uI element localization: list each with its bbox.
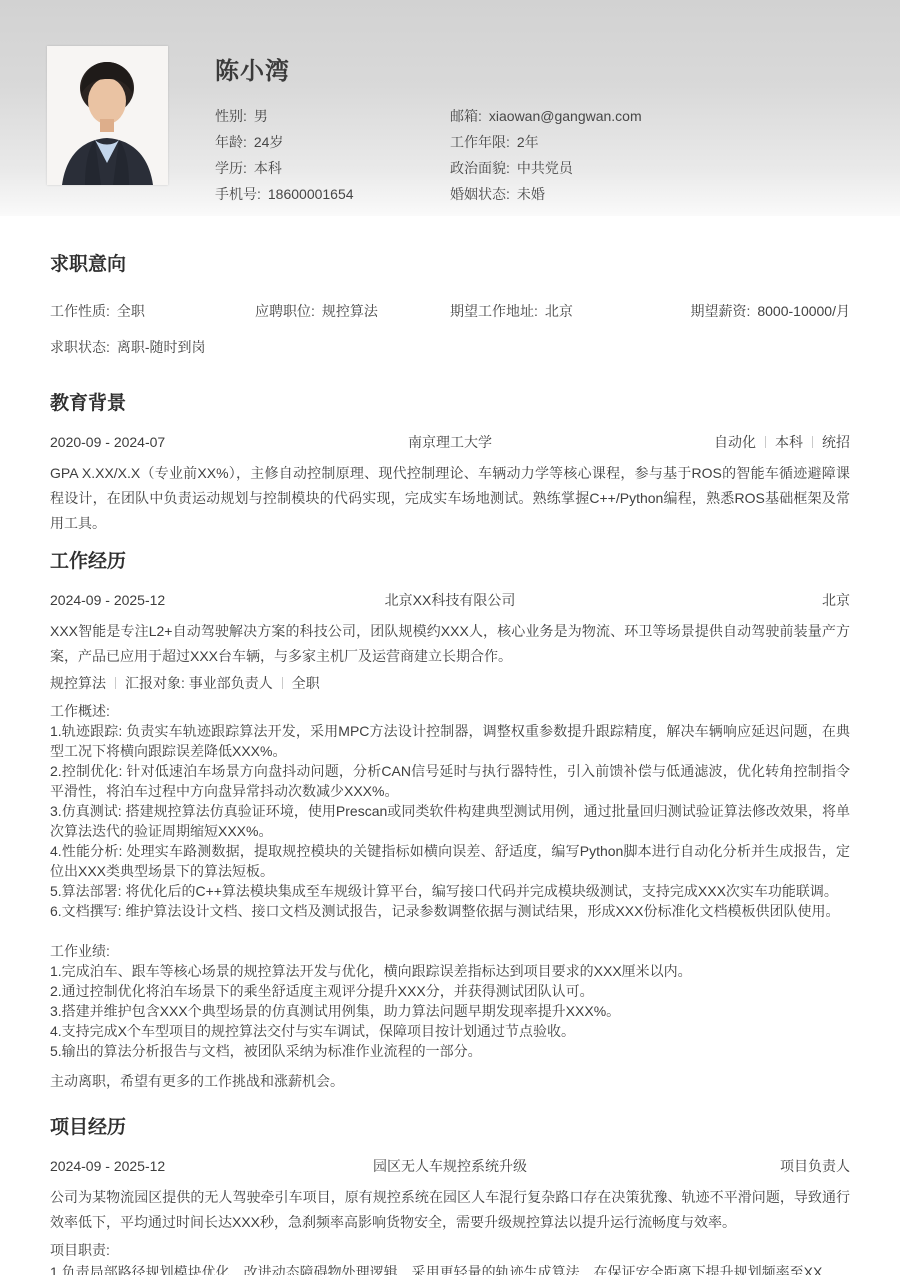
field-label: 工作年限: (450, 132, 510, 152)
work-achievements-block: 工作业绩: 1.完成泊车、跟车等核心场景的规控算法开发与优化，横向跟踪误差指标达… (50, 941, 850, 1061)
intention-status-row: 求职状态:离职-随时到岗 (50, 339, 850, 355)
intention-fields-row: 工作性质:全职 应聘职位:规控算法 期望工作地址:北京 期望薪资:8000-10… (50, 303, 850, 319)
position-row: 规控算法汇报对象: 事业部负责人全职 (50, 675, 850, 691)
education-period: 2020-09 - 2024-07 (50, 434, 300, 450)
field-label: 期望薪资: (690, 303, 750, 319)
achievement-item: 5.输出的算法分析报告与文档，被团队采纳为标准作业流程的一部分。 (50, 1041, 850, 1061)
resume-header: 陈小湾 性别:男 年龄:24岁 学历:本科 手机号:18600001654 邮箱… (0, 0, 900, 216)
work-location: 北京 (600, 592, 850, 608)
portrait-illustration (47, 46, 168, 185)
project-duties-block: 项目职责: 1.负责局部路径规划模块优化，改进动态障碍物处理逻辑，采用更轻量的轨… (50, 1239, 850, 1275)
overview-item: 6.文档撰写: 维护算法设计文档、接口文档及测试报告，记录参数调整依据与测试结果… (50, 901, 850, 921)
education-major: 自动化 (714, 434, 756, 450)
field-value: 2年 (517, 132, 539, 152)
section-job-intention: 求职意向 工作性质:全职 应聘职位:规控算法 期望工作地址:北京 期望薪资:80… (50, 254, 850, 355)
field-value: xiaowan@gangwan.com (489, 108, 642, 124)
field-value: 离职-随时到岗 (117, 339, 206, 355)
field-value: 规控算法 (322, 303, 378, 319)
project-name: 园区无人车规控系统升级 (300, 1158, 600, 1174)
field-label: 婚姻状态: (450, 184, 510, 204)
education-degree: 本科 (775, 434, 803, 450)
field-value: 男 (254, 106, 268, 126)
divider (282, 677, 283, 689)
field-email: 邮箱:xiaowan@gangwan.com (450, 103, 850, 129)
work-overview-label: 工作概述: (50, 701, 850, 721)
education-enroll-type: 统招 (822, 434, 850, 450)
work-achievements-label: 工作业绩: (50, 941, 850, 961)
achievement-item: 1.完成泊车、跟车等核心场景的规控算法开发与优化，横向跟踪误差指标达到项目要求的… (50, 961, 850, 981)
field-value: 18600001654 (268, 186, 354, 202)
field-label: 手机号: (215, 184, 261, 204)
project-role: 项目负责人 (600, 1158, 850, 1174)
field-work-years: 工作年限:2年 (450, 129, 850, 155)
overview-item: 4.性能分析: 处理实车路测数据，提取规控模块的关键指标如横向误差、舒适度，编写… (50, 841, 850, 881)
field-label: 邮箱: (450, 106, 482, 126)
education-tags: 自动化本科统招 (600, 434, 850, 450)
project-period: 2024-09 - 2025-12 (50, 1158, 300, 1174)
field-political-status: 政治面貌:中共党员 (450, 155, 850, 181)
overview-item: 5.算法部署: 将优化后的C++算法模块集成至车规级计算平台，编写接口代码并完成… (50, 881, 850, 901)
field-age: 年龄:24岁 (215, 129, 450, 155)
field-label: 求职状态: (50, 339, 110, 355)
divider (812, 436, 813, 448)
field-value: 北京 (545, 303, 573, 319)
field-label: 政治面貌: (450, 158, 510, 178)
field-value: 全职 (117, 303, 145, 319)
work-overview-block: 工作概述: 1.轨迹跟踪: 负责实车轨迹跟踪算法开发，采用MPC方法设计控制器，… (50, 701, 850, 921)
field-label: 性别: (215, 106, 247, 126)
resume-body: 求职意向 工作性质:全职 应聘职位:规控算法 期望工作地址:北京 期望薪资:80… (0, 254, 900, 1275)
section-education: 教育背景 2020-09 - 2024-07 南京理工大学 自动化本科统招 GP… (50, 393, 850, 536)
achievement-item: 4.支持完成X个车型项目的规控算法交付与实车调试，保障项目按计划通过节点验收。 (50, 1021, 850, 1041)
intention-location: 期望工作地址:北京 (450, 303, 675, 319)
intention-position: 应聘职位:规控算法 (255, 303, 450, 319)
overview-item: 1.轨迹跟踪: 负责实车轨迹跟踪算法开发，采用MPC方法设计控制器，调整权重参数… (50, 721, 850, 761)
intention-salary: 期望薪资:8000-10000/月 (675, 303, 850, 319)
field-value: 中共党员 (517, 158, 573, 178)
section-title-project: 项目经历 (50, 1117, 850, 1139)
work-company: 北京XX科技有限公司 (300, 592, 600, 608)
work-period: 2024-09 - 2025-12 (50, 592, 300, 608)
position-title: 规控算法 (50, 675, 106, 691)
field-value: 8000-10000/月 (757, 303, 850, 319)
header-info: 陈小湾 性别:男 年龄:24岁 学历:本科 手机号:18600001654 邮箱… (215, 46, 850, 216)
divider (765, 436, 766, 448)
project-meta-row: 2024-09 - 2025-12 园区无人车规控系统升级 项目负责人 (50, 1158, 850, 1174)
project-duties-label: 项目职责: (50, 1239, 850, 1261)
field-value: 24岁 (254, 132, 284, 152)
field-gender: 性别:男 (215, 103, 450, 129)
basic-info-grid: 性别:男 年龄:24岁 学历:本科 手机号:18600001654 邮箱:xia… (215, 103, 850, 207)
section-title-work: 工作经历 (50, 551, 850, 573)
leave-reason: 主动离职，希望有更多的工作挑战和涨薪机会。 (50, 1073, 850, 1089)
candidate-name: 陈小湾 (215, 51, 850, 86)
overview-item: 3.仿真测试: 搭建规控算法仿真验证环境，使用Prescan或同类软件构建典型测… (50, 801, 850, 841)
field-label: 应聘职位: (255, 303, 315, 319)
field-label: 学历: (215, 158, 247, 178)
education-description: GPA X.XX/X.X（专业前XX%），主修自动控制原理、现代控制理论、车辆动… (50, 461, 850, 536)
candidate-photo (47, 46, 168, 185)
field-label: 年龄: (215, 132, 247, 152)
intention-job-type: 工作性质:全职 (50, 303, 255, 319)
education-meta-row: 2020-09 - 2024-07 南京理工大学 自动化本科统招 (50, 434, 850, 450)
resume-page: { "header": { "name": "陈小湾", "left_field… (0, 0, 900, 1275)
section-work-experience: 工作经历 2024-09 - 2025-12 北京XX科技有限公司 北京 XXX… (50, 551, 850, 1089)
field-label: 期望工作地址: (450, 303, 538, 319)
field-marital-status: 婚姻状态:未婚 (450, 181, 850, 207)
employment-type: 全职 (292, 675, 320, 691)
field-value: 未婚 (517, 184, 545, 204)
section-title-job-intention: 求职意向 (50, 254, 850, 276)
field-phone: 手机号:18600001654 (215, 181, 450, 207)
report-to: 汇报对象: 事业部负责人 (125, 675, 273, 691)
education-school: 南京理工大学 (300, 434, 600, 450)
section-project-experience: 项目经历 2024-09 - 2025-12 园区无人车规控系统升级 项目负责人… (50, 1117, 850, 1275)
duty-item: 1.负责局部路径规划模块优化，改进动态障碍物处理逻辑，采用更轻量的轨迹生成算法，… (50, 1261, 850, 1275)
field-degree: 学历:本科 (215, 155, 450, 181)
achievement-item: 2.通过控制优化将泊车场景下的乘坐舒适度主观评分提升XXX分，并获得测试团队认可… (50, 981, 850, 1001)
overview-item: 2.控制优化: 针对低速泊车场景方向盘抖动问题，分析CAN信号延时与执行器特性，… (50, 761, 850, 801)
work-meta-row: 2024-09 - 2025-12 北京XX科技有限公司 北京 (50, 592, 850, 608)
section-title-education: 教育背景 (50, 393, 850, 415)
achievement-item: 3.搭建并维护包含XXX个典型场景的仿真测试用例集，助力算法问题早期发现率提升X… (50, 1001, 850, 1021)
divider (115, 677, 116, 689)
field-value: 本科 (254, 158, 282, 178)
field-label: 工作性质: (50, 303, 110, 319)
project-description: 公司为某物流园区提供的无人驾驶牵引车项目，原有规控系统在园区人车混行复杂路口存在… (50, 1185, 850, 1235)
company-intro: XXX智能是专注L2+自动驾驶解决方案的科技公司，团队规模约XXX人，核心业务是… (50, 619, 850, 669)
